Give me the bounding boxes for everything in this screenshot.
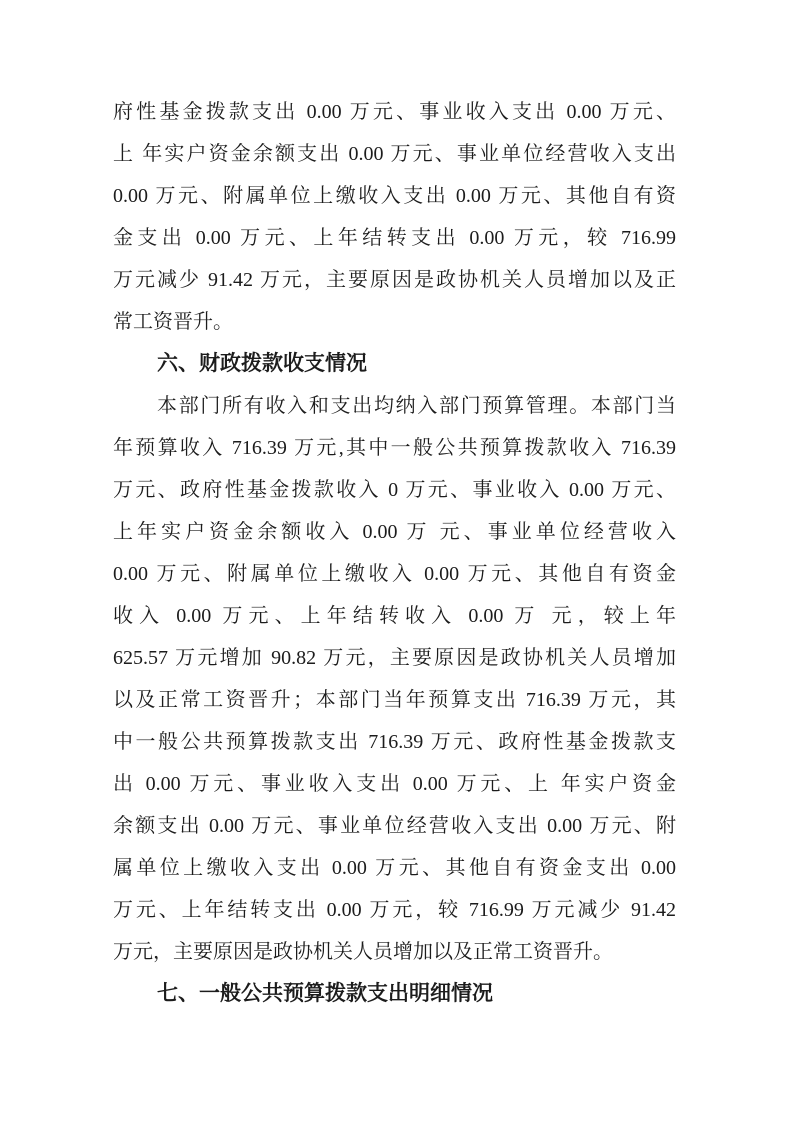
paragraph-line: 上 年实户资金余额支出 0.00 万元、事业单位经营收入支出: [113, 133, 676, 175]
paragraph-line: 属单位上缴收入支出 0.00 万元、其他自有资金支出 0.00: [113, 847, 676, 889]
paragraph-line: 常工资晋升。: [113, 301, 676, 343]
section-six-paragraph: 本部门所有收入和支出均纳入部门预算管理。本部门当 年预算收入 716.39 万元…: [113, 385, 676, 973]
paragraph-line: 以及正常工资晋升；本部门当年预算支出 716.39 万元，其: [113, 679, 676, 721]
paragraph-line: 余额支出 0.00 万元、事业单位经营收入支出 0.00 万元、附: [113, 805, 676, 847]
section-heading-7: 七、一般公共预算拨款支出明细情况: [113, 973, 676, 1015]
paragraph-line: 金支出 0.00 万元、上年结转支出 0.00 万元，较 716.99: [113, 217, 676, 259]
section-heading-6: 六、财政拨款收支情况: [113, 343, 676, 385]
paragraph-line: 625.57 万元增加 90.82 万元，主要原因是政协机关人员增加: [113, 637, 676, 679]
paragraph-line: 收入 0.00 万元、上年结转收入 0.00 万 元，较上年: [113, 595, 676, 637]
paragraph-line: 本部门所有收入和支出均纳入部门预算管理。本部门当: [113, 385, 676, 427]
paragraph-line: 上年实户资金余额收入 0.00 万 元、事业单位经营收入: [113, 511, 676, 553]
paragraph-line: 0.00 万元、附属单位上缴收入支出 0.00 万元、其他自有资: [113, 175, 676, 217]
document-page: 府性基金拨款支出 0.00 万元、事业收入支出 0.00 万元、 上 年实户资金…: [0, 0, 793, 1122]
document-text-area: 府性基金拨款支出 0.00 万元、事业收入支出 0.00 万元、 上 年实户资金…: [113, 91, 676, 1015]
paragraph-line: 出 0.00 万元、事业收入支出 0.00 万元、上 年实户资金: [113, 763, 676, 805]
section-six: 六、财政拨款收支情况: [113, 343, 676, 385]
paragraph-line: 万元、上年结转支出 0.00 万元，较 716.99 万元减少 91.42: [113, 889, 676, 931]
paragraph-continuation: 府性基金拨款支出 0.00 万元、事业收入支出 0.00 万元、 上 年实户资金…: [113, 91, 676, 343]
paragraph-line: 0.00 万元、附属单位上缴收入 0.00 万元、其他自有资金: [113, 553, 676, 595]
paragraph-line: 年预算收入 716.39 万元,其中一般公共预算拨款收入 716.39: [113, 427, 676, 469]
paragraph-line: 府性基金拨款支出 0.00 万元、事业收入支出 0.00 万元、: [113, 91, 676, 133]
paragraph-line: 万元、政府性基金拨款收入 0 万元、事业收入 0.00 万元、: [113, 469, 676, 511]
paragraph-line: 万元，主要原因是政协机关人员增加以及正常工资晋升。: [113, 931, 676, 973]
paragraph-line: 万元减少 91.42 万元，主要原因是政协机关人员增加以及正: [113, 259, 676, 301]
paragraph-line: 中一般公共预算拨款支出 716.39 万元、政府性基金拨款支: [113, 721, 676, 763]
section-seven: 七、一般公共预算拨款支出明细情况: [113, 973, 676, 1015]
